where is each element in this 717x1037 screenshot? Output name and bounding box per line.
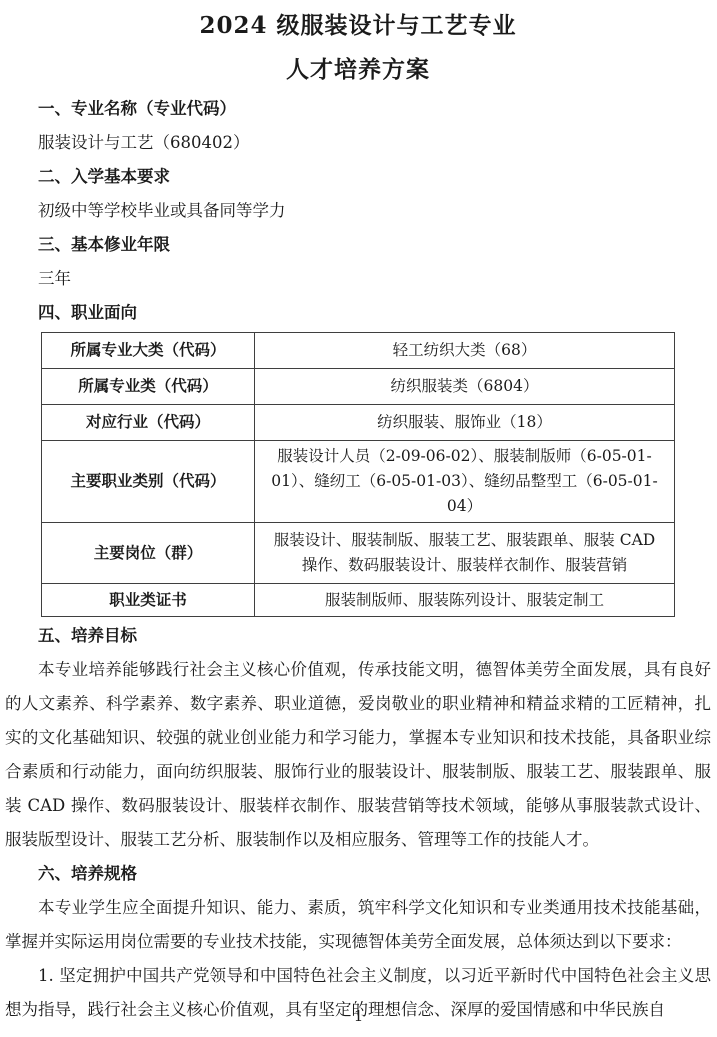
row-label-cell: 所属专业大类（代码）: [42, 333, 255, 369]
row-value-cell: 纺织服装类（6804）: [255, 369, 675, 405]
row-label-cell: 主要职业类别（代码）: [42, 441, 255, 523]
section-5-heading: 五、培养目标: [5, 619, 711, 653]
row-label-cell: 对应行业（代码）: [42, 405, 255, 441]
career-orientation-table: 所属专业大类（代码） 轻工纺织大类（68） 所属专业类（代码） 纺织服装类（68…: [41, 332, 675, 617]
table-row: 所属专业大类（代码） 轻工纺织大类（68）: [42, 333, 675, 369]
document-body: 一、专业名称（专业代码） 服装设计与工艺（680402） 二、入学基本要求 初级…: [5, 92, 711, 1027]
row-value-cell: 轻工纺织大类（68）: [255, 333, 675, 369]
section-6-heading: 六、培养规格: [5, 857, 711, 891]
row-value-cell: 纺织服装、服饰业（18）: [255, 405, 675, 441]
document-page: 2024 级服装设计与工艺专业 人才培养方案 一、专业名称（专业代码） 服装设计…: [0, 0, 717, 1037]
page-number: 1: [0, 1007, 717, 1025]
document-title-block: 2024 级服装设计与工艺专业 人才培养方案: [5, 4, 711, 92]
section-3-heading: 三、基本修业年限: [5, 228, 711, 262]
row-value-cell: 服装设计人员（2-09-06-02）、服装制版师（6-05-01-01）、缝纫工…: [255, 441, 675, 523]
training-objectives-paragraph: 本专业培养能够践行社会主义核心价值观，传承技能文明，德智体美劳全面发展，具有良好…: [5, 653, 711, 857]
section-1-heading: 一、专业名称（专业代码）: [5, 92, 711, 126]
row-value-cell: 服装设计、服装制版、服装工艺、服装跟单、服装 CAD 操作、数码服装设计、服装样…: [255, 523, 675, 584]
table-row: 主要职业类别（代码） 服装设计人员（2-09-06-02）、服装制版师（6-05…: [42, 441, 675, 523]
table-row: 所属专业类（代码） 纺织服装类（6804）: [42, 369, 675, 405]
table-row: 对应行业（代码） 纺织服装、服饰业（18）: [42, 405, 675, 441]
section-2-heading: 二、入学基本要求: [5, 160, 711, 194]
row-label-cell: 职业类证书: [42, 584, 255, 617]
table-row: 主要岗位（群） 服装设计、服装制版、服装工艺、服装跟单、服装 CAD 操作、数码…: [42, 523, 675, 584]
table-row: 职业类证书 服装制版师、服装陈列设计、服装定制工: [42, 584, 675, 617]
row-value-cell: 服装制版师、服装陈列设计、服装定制工: [255, 584, 675, 617]
doc-title-line1: 2024 级服装设计与工艺专业: [5, 4, 711, 48]
training-specs-paragraph-1: 本专业学生应全面提升知识、能力、素质，筑牢科学文化知识和专业类通用技术技能基础，…: [5, 891, 711, 959]
section-3-body: 三年: [5, 262, 711, 296]
row-label-cell: 所属专业类（代码）: [42, 369, 255, 405]
section-2-body: 初级中等学校毕业或具备同等学力: [5, 194, 711, 228]
doc-title-line2: 人才培养方案: [5, 48, 711, 92]
section-1-body: 服装设计与工艺（680402）: [5, 126, 711, 160]
section-4-heading: 四、职业面向: [5, 296, 711, 330]
row-label-cell: 主要岗位（群）: [42, 523, 255, 584]
